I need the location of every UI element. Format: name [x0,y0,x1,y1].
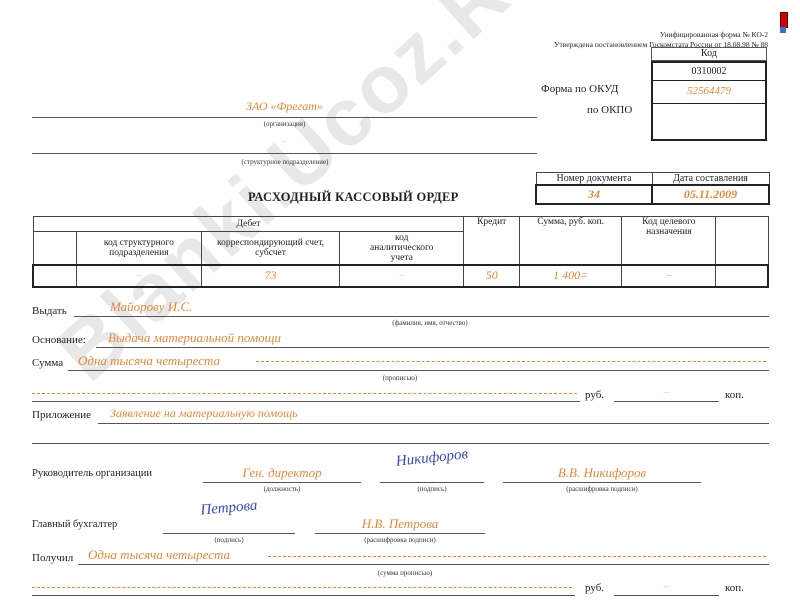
kop-line [614,401,719,402]
attachment-line-2 [32,443,769,444]
analytic-code-header: код аналитического учета [340,232,464,265]
head-label: Руководитель организации [32,468,152,479]
corr-account-header: корреспондирующий счет, субсчет [202,232,340,265]
received-value: Одна тысяча четыреста [88,547,230,563]
okud-label: Форма по ОКУД [541,83,618,95]
code-header: Код [651,47,767,61]
received-caption: (сумма прописью) [350,569,460,577]
received-line [78,564,769,565]
received-kop-line [614,595,719,596]
cell-blank [33,265,76,287]
head-name-line [503,482,701,483]
okud-code: 0310002 [651,61,767,81]
attachment-value: Заявление на материальную помощь [110,406,298,421]
sum-line [68,370,769,371]
organization-line [32,117,537,118]
division-caption: (структурное подразделение) [180,158,390,166]
cell-amount: 1 400= [519,265,621,287]
basis-label: Основание: [32,334,86,346]
accountant-name-line [315,533,485,534]
okpo-label: по ОКПО [587,104,632,116]
accountant-name-caption: (расшифровка подписи) [315,536,485,544]
received-rub-label: руб. [585,582,604,594]
kop-label: коп. [725,389,744,401]
head-signature: Никифоров [379,445,484,473]
division-value: – [32,136,537,146]
basis-value: Выдача материальной помощи [108,330,281,346]
sum-line-2 [32,401,580,402]
doc-number-value: 34 [536,185,652,204]
code-box: Код 0310002 52564479 [651,47,767,141]
sum-dashes [256,361,766,362]
cell-blank-end [716,265,768,287]
issue-line [74,316,769,317]
kop-value: – [614,386,719,398]
received-line-2 [32,595,575,596]
cell-credit: 50 [464,265,520,287]
accountant-signature-caption: (подпись) [163,536,295,544]
head-name: В.В. Никифоров [503,465,701,481]
okpo-code: 52564479 [651,81,767,104]
table-row: – 73 – 50 1 400= – [33,265,768,287]
code-blank [651,104,767,141]
accountant-signature: Петрова [163,494,296,522]
cell-analytic-code: – [340,265,464,287]
head-position-caption: (должность) [203,485,361,493]
basis-line [96,347,769,348]
head-signature-caption: (подпись) [380,485,484,493]
issue-label: Выдать [32,305,67,317]
doc-date-label: Дата составления [652,173,769,186]
issue-value: Майорову И.С. [110,299,192,315]
credit-header: Кредит [464,217,520,265]
doc-number-label: Номер документа [536,173,652,186]
received-dashes-2 [32,587,572,588]
head-signature-line [380,482,484,483]
received-dashes [268,556,766,557]
corner-flag-red [780,12,788,28]
head-position-line [203,482,361,483]
accounting-table: Дебет Кредит Сумма, руб. коп. Код целево… [32,216,769,288]
accountant-signature-line [163,533,295,534]
received-kop-label: коп. [725,582,744,594]
organization-value: ЗАО «Фрегат» [32,99,537,114]
received-kop-value: – [614,580,719,592]
issue-caption: (фамилия, имя, отчество) [330,319,530,327]
form-name: Унифицированная форма № КО-2 [554,30,768,40]
accountant-label: Главный бухгалтер [32,519,117,530]
doc-date-value: 05.11.2009 [652,185,769,204]
corner-flag-blue [780,27,786,33]
debit-header: Дебет [33,217,464,232]
doc-number-date-table: Номер документа Дата составления 34 05.1… [535,172,770,205]
head-name-caption: (расшифровка подписи) [503,485,701,493]
received-label: Получил [32,552,73,564]
accountant-name: Н.В. Петрова [315,516,485,532]
cell-division-code: – [76,265,201,287]
amount-header: Сумма, руб. коп. [519,217,621,265]
head-position: Ген. директор [203,465,361,481]
sum-value: Одна тысяча четыреста [78,353,220,369]
sum-caption: (прописью) [370,374,430,382]
division-code-header: код структурного подразделения [76,232,201,265]
sum-label: Сумма [32,357,63,369]
division-line [32,153,537,154]
organization-caption: (организация) [32,120,537,128]
blank-header [716,217,768,265]
document-title: РАСХОДНЫЙ КАССОВЫЙ ОРДЕР [248,190,459,205]
attachment-label: Приложение [32,409,91,421]
attachment-line [98,423,769,424]
blank-subheader [33,232,76,265]
purpose-code-header: Код целевого назначения [622,217,716,265]
cell-purpose-code: – [622,265,716,287]
sum-dashes-2 [32,393,577,394]
rub-label: руб. [585,389,604,401]
cell-corr-account: 73 [202,265,340,287]
